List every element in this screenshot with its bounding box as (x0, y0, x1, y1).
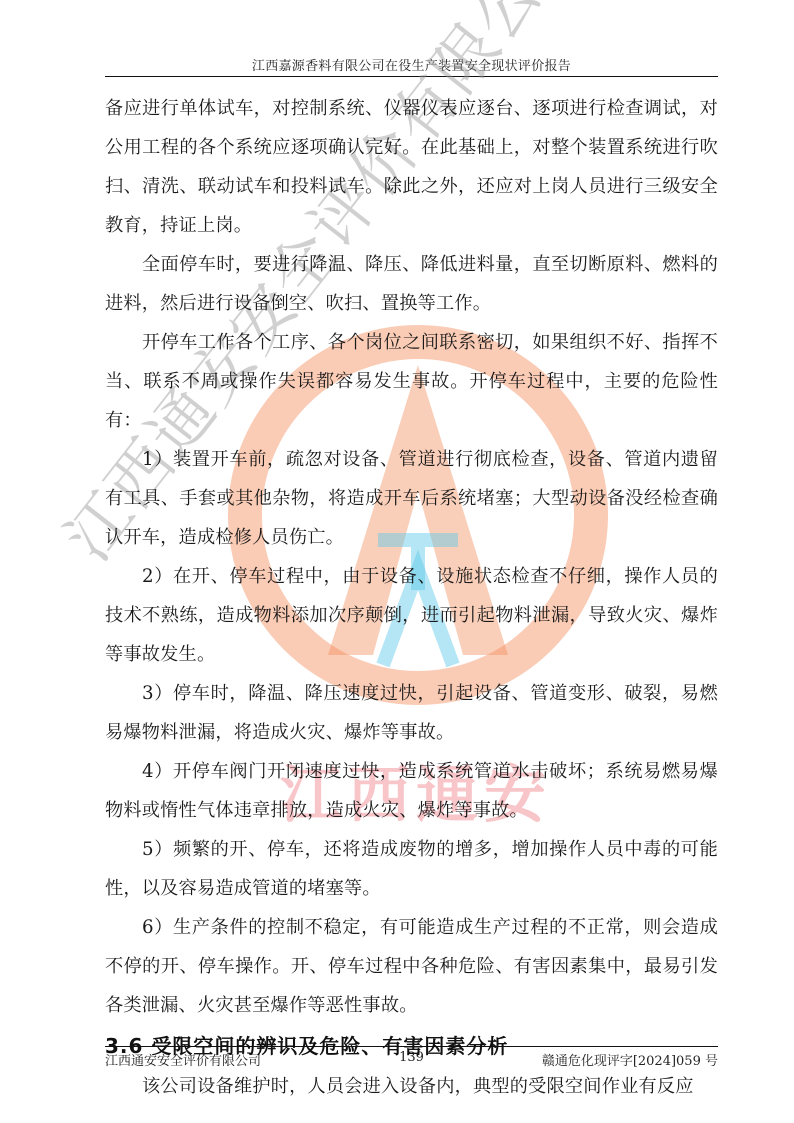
body-content: 备应进行单体试车，对控制系统、仪器仪表应逐台、逐项进行检查调试，对公用工程的各个… (105, 89, 718, 1106)
list-item: 3）停车时，降温、降压速度过快，引起设备、管道变形、破裂，易燃易爆物料泄漏，将造… (105, 674, 718, 752)
list-item: 5）频繁的开、停车，还将造成废物的增多，增加操作人员中毒的可能性，以及容易造成管… (105, 830, 718, 908)
list-item: 4）开停车阀门开闭速度过快，造成系统管道水击破坏；系统易燃易爆物料或惰性气体违章… (105, 752, 718, 830)
running-header-title: 江西嘉源香料有限公司在役生产装置安全现状评价报告 (105, 55, 718, 74)
paragraph: 备应进行单体试车，对控制系统、仪器仪表应逐台、逐项进行检查调试，对公用工程的各个… (105, 89, 718, 245)
paragraph: 该公司设备维护时，人员会进入设备内，典型的受限空间作业有反应 (105, 1067, 718, 1106)
document-page: 江西嘉源香料有限公司在役生产装置安全现状评价报告 江西通安安全评价有限公司 江西… (0, 0, 794, 1123)
list-item: 2）在开、停车过程中，由于设备、设施状态检查不仔细，操作人员的技术不熟练，造成物… (105, 557, 718, 674)
paragraph: 全面停车时，要进行降温、降压、降低进料量，直至切断原料、燃料的进料，然后进行设备… (105, 245, 718, 323)
list-item: 6）生产条件的控制不稳定，有可能造成生产过程的不正常，则会造成不停的开、停车操作… (105, 908, 718, 1025)
header-rule (105, 76, 718, 77)
section-heading: 3.6 受限空间的辨识及危险、有害因素分析 (105, 1025, 718, 1067)
paragraph: 开停车工作各个工序、各个岗位之间联系密切，如果组织不好、指挥不当、联系不周或操作… (105, 323, 718, 440)
list-item: 1）装置开车前，疏忽对设备、管道进行彻底检查，设备、管道内遗留有工具、手套或其他… (105, 440, 718, 557)
